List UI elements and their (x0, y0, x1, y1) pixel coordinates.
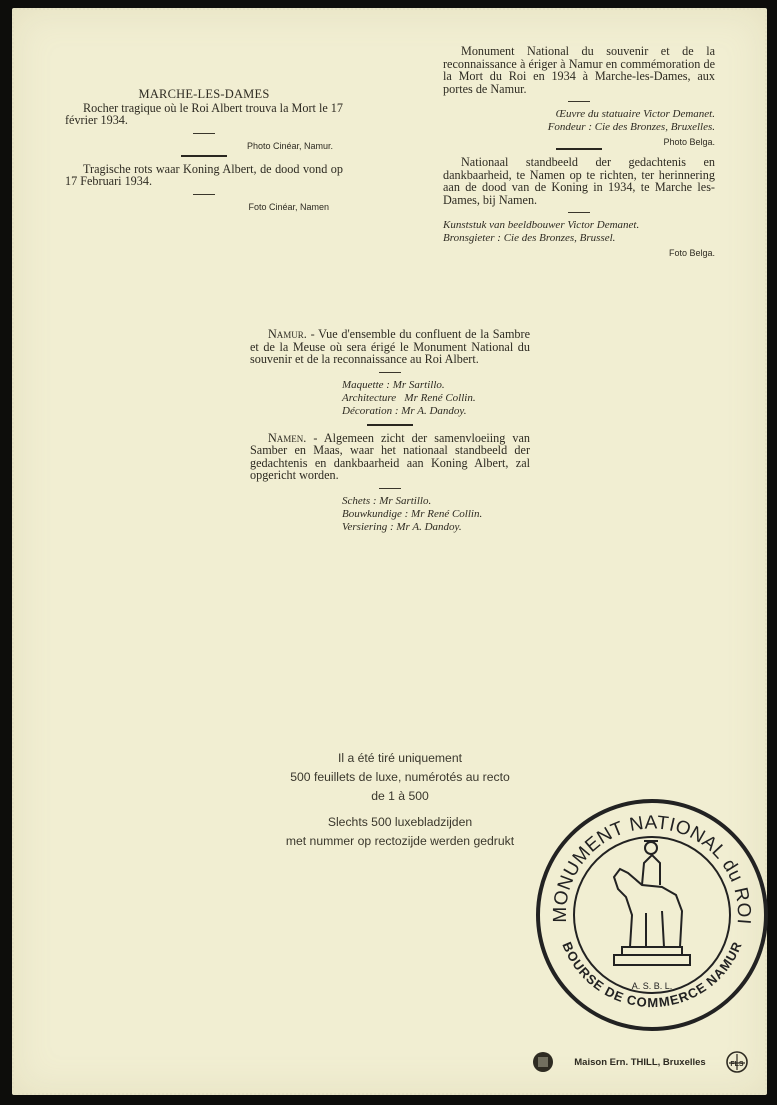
artist-credit: Kunststuk van beeldbouwer Victor Demanet… (443, 219, 715, 232)
divider (568, 212, 590, 213)
edition-line: met nummer op rectozijde werden gedrukt (242, 832, 558, 851)
credit-list: Schets : Mr Sartillo. Bouwkundige : Mr R… (250, 495, 530, 534)
edition-line: Slechts 500 luxebladzijden (242, 813, 558, 832)
edition-line: de 1 à 500 (242, 787, 558, 806)
divider (556, 148, 602, 150)
divider (193, 194, 215, 195)
center-caption: Namur. - Vue d'ensemble du confluent de … (250, 328, 530, 534)
caption-nl-text: Namen. - Algemeen zicht der samenvloeiin… (250, 432, 530, 482)
printer-label: Maison Ern. THILL, Bruxelles (574, 1057, 705, 1068)
photo-credit: Foto Cinéar, Namen (65, 201, 343, 213)
divider (193, 133, 215, 134)
founder-credit: Fondeur : Cie des Bronzes, Bruxelles. (443, 121, 715, 134)
caption-title: MARCHE-LES-DAMES (65, 88, 343, 101)
photo-credit: Foto Belga. (443, 247, 715, 259)
caption-nl-text: Tragische rots waar Koning Albert, de do… (65, 163, 343, 188)
founder-credit: Bronsgieter : Cie des Bronzes, Brussel. (443, 232, 715, 245)
caption-fr-text: Rocher tragique où le Roi Albert trouva … (65, 102, 343, 127)
credit-list: Maquette : Mr Sartillo. Architecture Mr … (250, 379, 530, 418)
credit-line: Maquette : Mr Sartillo. (342, 379, 530, 392)
photo-credit: Photo Cinéar, Namur. (65, 140, 343, 152)
divider (379, 372, 401, 373)
credit-line: Bouwkundige : Mr René Collin. (342, 508, 530, 521)
caption-fr-text: Namur. - Vue d'ensemble du confluent de … (250, 328, 530, 366)
left-caption: MARCHE-LES-DAMES Rocher tragique où le R… (65, 88, 343, 213)
printer-logo-icon (532, 1051, 554, 1073)
credit-line: Versiering : Mr A. Dandoy. (342, 521, 530, 534)
credit-line: Décoration : Mr A. Dandoy. (342, 405, 530, 418)
equestrian-statue-icon (614, 841, 690, 965)
union-label-icon: FLS (726, 1051, 748, 1073)
caption-nl-text: Nationaal standbeeld der gedachtenis en … (443, 156, 715, 206)
edition-note: Il a été tiré uniquement 500 feuillets d… (242, 749, 558, 851)
right-caption: Monument National du souvenir et de la r… (443, 45, 715, 259)
edition-line: Il a été tiré uniquement (242, 749, 558, 768)
divider (367, 424, 413, 426)
postcard-back: MARCHE-LES-DAMES Rocher tragique où le R… (12, 8, 767, 1095)
artist-credit: Œuvre du statuaire Victor Demanet. (443, 108, 715, 121)
stamp-bottom-text: BOURSE DE COMMERCE NAMUR (559, 939, 744, 1010)
svg-text:FLS: FLS (730, 1061, 744, 1068)
divider (568, 101, 590, 102)
caption-fr-text: Monument National du souvenir et de la r… (443, 45, 715, 95)
stamp-inner-text: A. S. B. L. (632, 981, 673, 991)
stamp-outer-text: COMITÉ MONUMENT NATIONAL du ROI ALBERT (530, 793, 754, 931)
edition-line: 500 feuillets de luxe, numérotés au rect… (242, 768, 558, 787)
credit-line: Architecture Mr René Collin. (342, 392, 530, 405)
divider (379, 488, 401, 489)
credit-line: Schets : Mr Sartillo. (342, 495, 530, 508)
divider (181, 155, 227, 157)
photo-credit: Photo Belga. (443, 136, 715, 148)
printer-imprint: Maison Ern. THILL, Bruxelles FLS (532, 1048, 748, 1076)
committee-stamp: COMITÉ MONUMENT NATIONAL du ROI ALBERT B… (530, 793, 774, 1037)
